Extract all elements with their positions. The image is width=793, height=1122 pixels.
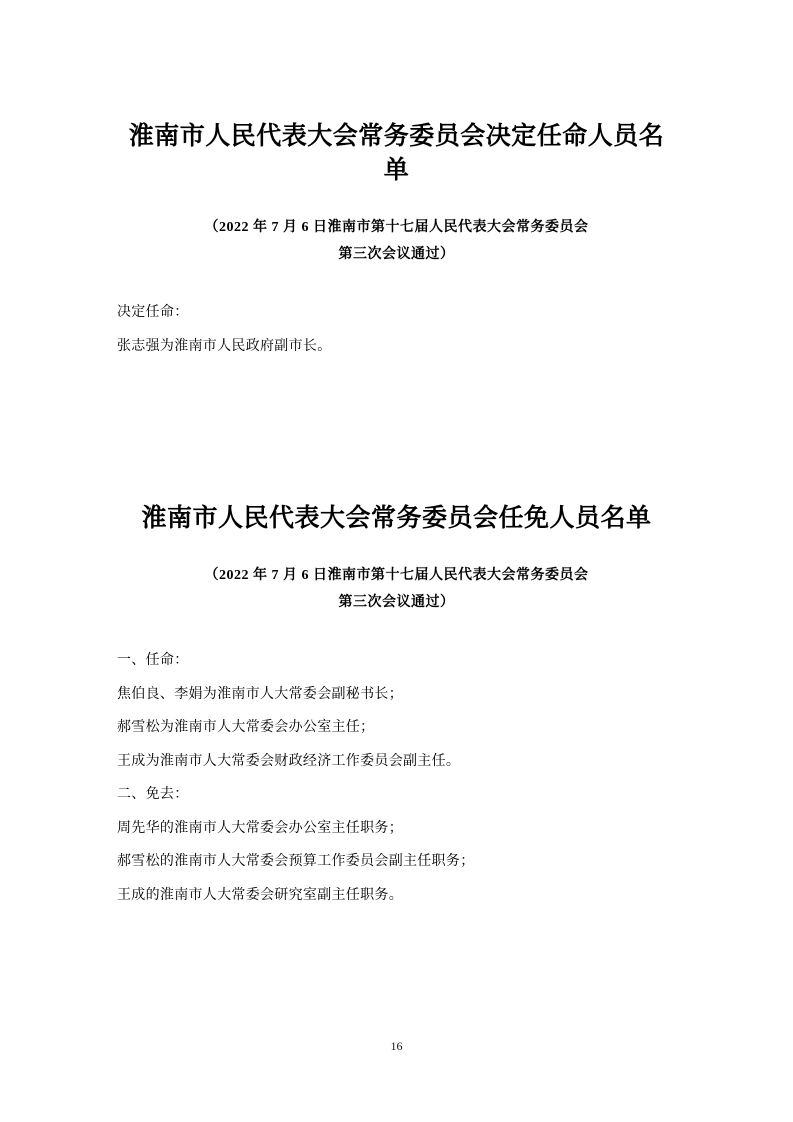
section-title-appointment-removal: 淮南市人民代表大会常务委员会任免人员名单 <box>117 502 676 536</box>
body-line: 王成为淮南市人大常委会财政经济工作委员会副主任。 <box>117 745 676 779</box>
body-line: 决定任命： <box>117 296 676 330</box>
body-line: 张志强为淮南市人民政府副市长。 <box>117 330 676 364</box>
body-line: 二、免去： <box>117 778 676 812</box>
section-body-decision: 决定任命： 张志强为淮南市人民政府副市长。 <box>117 296 676 363</box>
section-title-decision-appointment: 淮南市人民代表大会常务委员会决定任命人员名单 <box>117 120 676 188</box>
body-line: 郝雪松为淮南市人大常委会办公室主任； <box>117 711 676 745</box>
subtitle-line-2: 第三次会议通过） <box>117 241 676 268</box>
document-content: 淮南市人民代表大会常务委员会决定任命人员名单 （2022 年 7 月 6 日淮南… <box>0 120 793 912</box>
subtitle-line-1: （2022 年 7 月 6 日淮南市第十七届人民代表大会常务委员会 <box>117 562 676 589</box>
body-line: 一、任命： <box>117 644 676 678</box>
body-line: 周先华的淮南市人大常委会办公室主任职务； <box>117 812 676 846</box>
document-page: 淮南市人民代表大会常务委员会决定任命人员名单 （2022 年 7 月 6 日淮南… <box>0 0 793 1122</box>
section-subtitle-decision: （2022 年 7 月 6 日淮南市第十七届人民代表大会常务委员会 第三次会议通… <box>117 214 676 268</box>
section-decision-appointment: 淮南市人民代表大会常务委员会决定任命人员名单 （2022 年 7 月 6 日淮南… <box>117 120 676 363</box>
section-subtitle-removal: （2022 年 7 月 6 日淮南市第十七届人民代表大会常务委员会 第三次会议通… <box>117 562 676 616</box>
subtitle-line-1: （2022 年 7 月 6 日淮南市第十七届人民代表大会常务委员会 <box>117 214 676 241</box>
page-number: 16 <box>0 1039 793 1054</box>
body-line: 王成的淮南市人大常委会研究室副主任职务。 <box>117 879 676 913</box>
subtitle-line-2: 第三次会议通过） <box>117 589 676 616</box>
body-line: 焦伯良、李娟为淮南市人大常委会副秘书长； <box>117 678 676 712</box>
section-appointment-removal: 淮南市人民代表大会常务委员会任免人员名单 （2022 年 7 月 6 日淮南市第… <box>117 502 676 912</box>
body-line: 郝雪松的淮南市人大常委会预算工作委员会副主任职务； <box>117 845 676 879</box>
section-body-removal: 一、任命： 焦伯良、李娟为淮南市人大常委会副秘书长； 郝雪松为淮南市人大常委会办… <box>117 644 676 912</box>
